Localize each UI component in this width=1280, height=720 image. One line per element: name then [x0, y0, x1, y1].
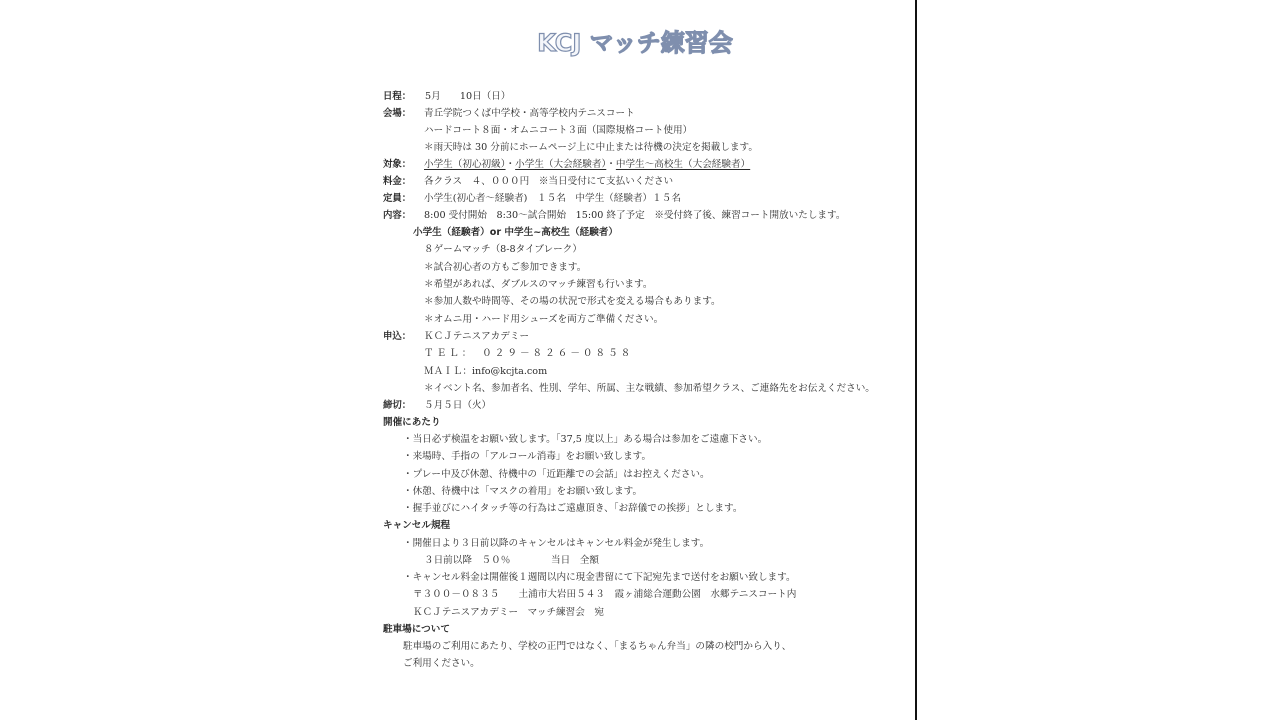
content-subheading: 小学生（経験者）or 中学生~高校生（経験者） [413, 226, 618, 240]
venue-line-3: ＊雨天時は 30 分前にホームページ上に中止または待機の決定を掲載します。 [424, 141, 758, 155]
content-line-4: ＊参加人数や時間等、その場の状況で形式を変える場合もあります。 [424, 295, 721, 309]
deadline-value: ５月５日（火） [424, 399, 491, 413]
venue-line-1: 青丘学院つくば中学校・高等学校内テニスコート [424, 107, 635, 121]
application-label: 申込： [383, 330, 411, 344]
target-item-beginner: 小学生（初心初級） [424, 159, 506, 170]
cancellation-bullet-1: ・開催日より３日前以降のキャンセルはキャンセル料金が発生します。 [403, 537, 709, 551]
capacity-value: 小学生(初心者～経験者) １５名 中学生（経験者）１５名 [424, 192, 681, 206]
target-value: 小学生（初心初級）・小学生（大会経験者）・中学生～高校生（大会経験者） [424, 158, 750, 172]
target-label: 対象： [383, 158, 411, 172]
application-org: ＫＣＪテニスアカデミー [424, 330, 529, 344]
fee-value: 各クラス ４、０００円 ※当日受付にて支払いください [424, 175, 673, 189]
parking-heading: 駐車場について [383, 623, 450, 637]
event-note-5: ・握手並びにハイタッチ等の行為はご遠慮頂き、「お辞儀での挨拶」とします。 [403, 502, 742, 516]
document-page: KCJ マッチ練習会 日程： 5月 10日（日） 会場： 青丘学院つくば中学校・… [0, 0, 1280, 720]
event-note-2: ・来場時、手指の「アルコール消毒」をお願い致します。 [403, 450, 651, 464]
parking-line-1: 駐車場のご利用にあたり、学校の正門ではなく、「まるちゃん弁当」の隣の校門から入り… [403, 640, 791, 654]
date-value: 5月 10日（日） [425, 90, 510, 104]
event-notes-heading: 開催にあたり [383, 416, 441, 430]
target-sep-1: ・ [506, 159, 516, 170]
deadline-label: 締切： [383, 399, 411, 413]
venue-label: 会場： [383, 107, 411, 121]
date-label: 日程： [383, 90, 411, 104]
document-title: KCJ マッチ練習会 [520, 26, 750, 60]
event-note-1: ・当日必ず検温をお願い致します。「37,5 度以上」ある場合は参加をご遠慮下さい… [403, 433, 767, 447]
target-item-elementary-experienced: 小学生（大会経験者） [515, 159, 606, 170]
target-sep-2: ・ [606, 159, 616, 170]
fee-label: 料金： [383, 175, 411, 189]
cancellation-rate-same-day: 当日 全額 [551, 554, 599, 568]
parking-line-2: ご利用ください。 [403, 657, 480, 671]
cancellation-recipient: ＫＣＪテニスアカデミー マッチ練習会 宛 [413, 606, 604, 620]
application-mail: ＭＡＩＬ：info@kcjta.com [424, 365, 547, 379]
content-line-5: ＊オムニ用・ハード用シューズを両方ご準備ください。 [424, 313, 663, 327]
target-item-junior-high-school: 中学生～高校生（大会経験者） [616, 159, 750, 170]
capacity-label: 定員： [383, 192, 411, 206]
venue-line-2: ハードコート８面・オムニコート３面（国際規格コート使用） [424, 124, 692, 138]
event-note-4: ・休憩、待機中は「マスクの着用」をお願い致します。 [403, 485, 642, 499]
application-note: ＊イベント名、参加者名、性別、学年、所属、主な戦績、参加希望クラス、ご連絡先をお… [424, 382, 875, 396]
cancellation-bullet-2: ・キャンセル料金は開催後１週間以内に現金書留にて下記宛先まで送付をお願い致します… [403, 571, 796, 585]
cancellation-heading: キャンセル規程 [383, 519, 450, 533]
content-label: 内容： [383, 209, 411, 223]
content-line-3: ＊希望があれば、ダブルスのマッチ練習も行います。 [424, 278, 652, 292]
cancellation-address: 〒３００－０８３５ 土浦市大岩田５４３ 霞ヶ浦総合運動公園 水郷テニスコート内 [413, 588, 796, 602]
content-value: 8:00 受付開始 8:30～試合開始 15:00 終了予定 ※受付終了後、練習… [424, 209, 845, 223]
application-tel: ＴＥＬ： ０２９－８２６－０８５８ [424, 347, 633, 361]
cancellation-rate-before: ３日前以降 ５０％ [424, 554, 510, 568]
content-line-2: ＊試合初心者の方もご参加できます。 [424, 261, 586, 275]
page-edge-divider [915, 0, 917, 720]
event-note-3: ・プレー中及び休憩、待機中の「近距離での会話」はお控えください。 [403, 468, 710, 482]
content-line-1: ８ゲームマッチ（8-8タイブレーク） [424, 243, 582, 257]
